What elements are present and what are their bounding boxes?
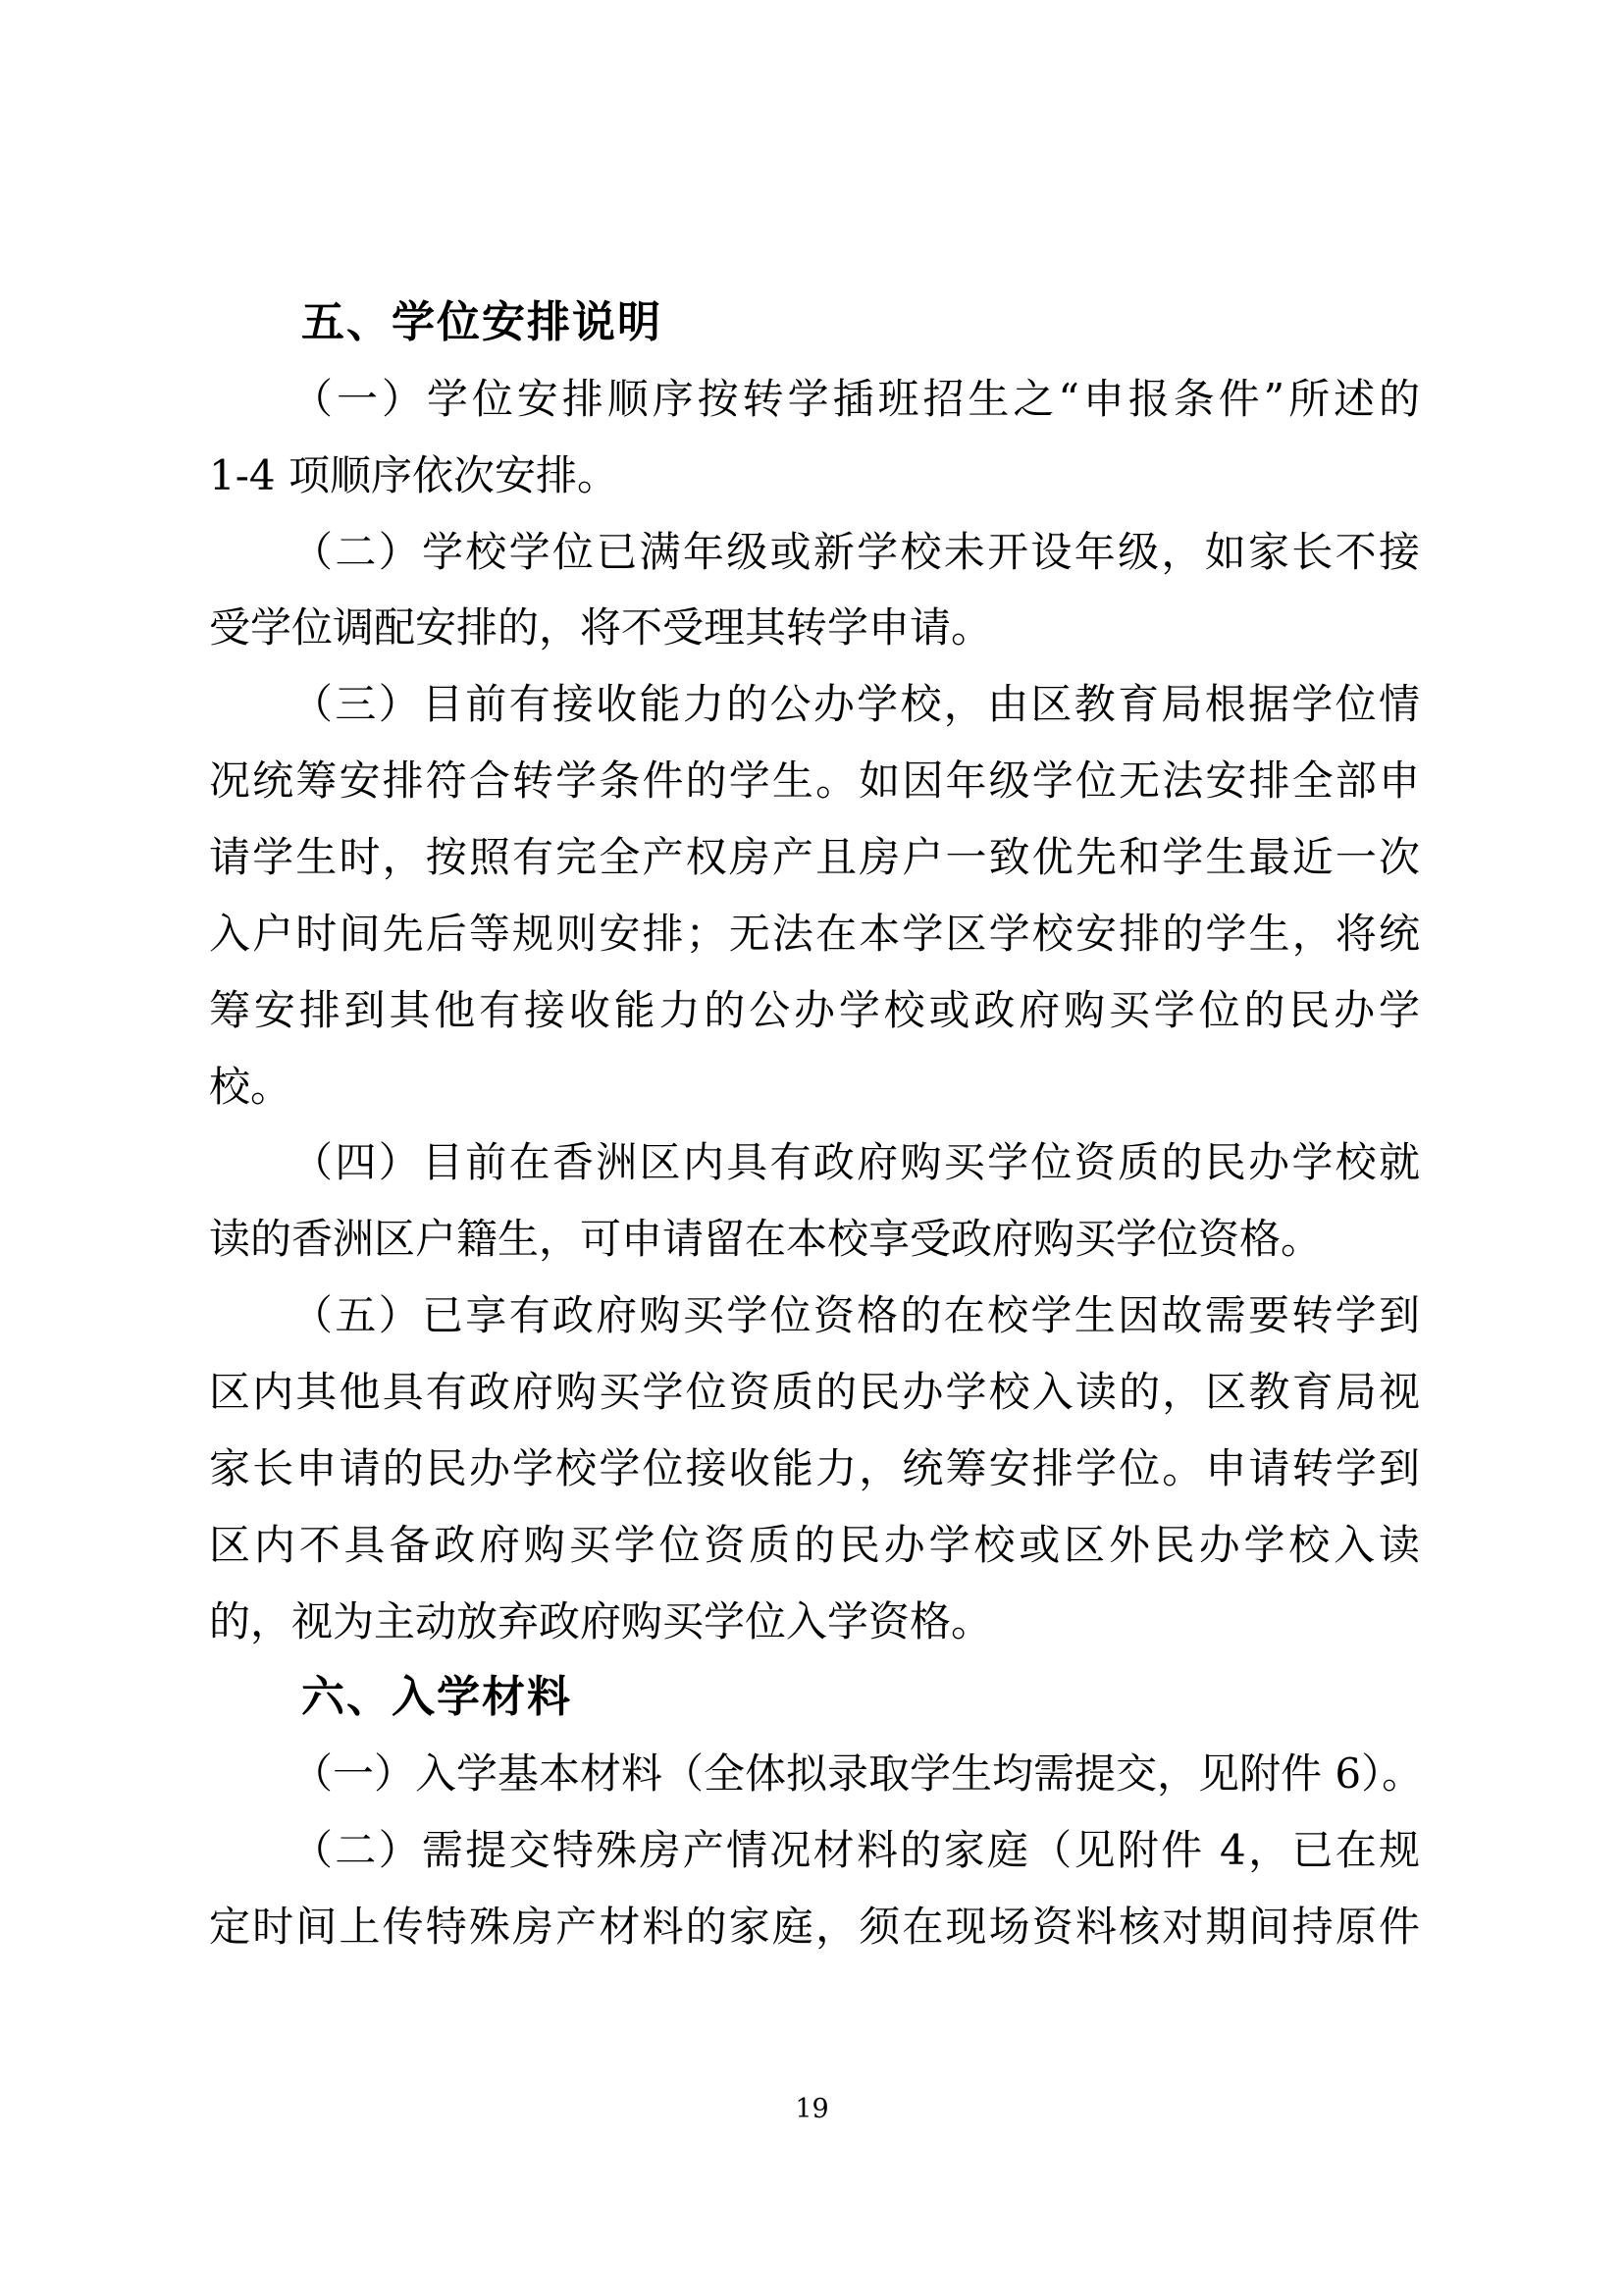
paragraph-line: 1-4 项顺序依次安排。 [209, 438, 1420, 514]
section-heading-5: 五、学位安排说明 [209, 285, 1420, 361]
paragraph-line: （二）需提交特殊房产情况材料的家庭（见附件 4，已在规 [209, 1812, 1420, 1889]
paragraph-line: （四）目前在香洲区内具有政府购买学位资质的民办学校就 [209, 1124, 1420, 1201]
paragraph-line: （二）学校学位已满年级或新学校未开设年级，如家长不接 [209, 514, 1420, 591]
paragraph-line: （一）入学基本材料（全体拟录取学生均需提交，见附件 6）。 [209, 1736, 1420, 1812]
document-page: 五、学位安排说明 （一）学位安排顺序按转学插班招生之“申报条件”所述的 1-4 … [0, 0, 1624, 2296]
document-body: 五、学位安排说明 （一）学位安排顺序按转学插班招生之“申报条件”所述的 1-4 … [209, 285, 1420, 1965]
section-heading-6: 六、入学材料 [209, 1659, 1420, 1736]
paragraph-line: 区内其他具有政府购买学位资质的民办学校入读的，区教育局视 [209, 1354, 1420, 1431]
paragraph-line: 筹安排到其他有接收能力的公办学校或政府购买学位的民办学 [209, 972, 1420, 1049]
paragraph-line: 读的香洲区户籍生，可申请留在本校享受政府购买学位资格。 [209, 1201, 1420, 1278]
paragraph-line: 受学位调配安排的，将不受理其转学申请。 [209, 590, 1420, 666]
paragraph-line: 定时间上传特殊房产材料的家庭，须在现场资料核对期间持原件 [209, 1889, 1420, 1965]
page-number: 19 [0, 2088, 1624, 2131]
paragraph-line: （一）学位安排顺序按转学插班招生之“申报条件”所述的 [209, 361, 1420, 438]
paragraph-line: 况统筹安排符合转学条件的学生。如因年级学位无法安排全部申 [209, 743, 1420, 819]
paragraph-line: 的，视为主动放弃政府购买学位入学资格。 [209, 1584, 1420, 1660]
paragraph-line: （五）已享有政府购买学位资格的在校学生因故需要转学到 [209, 1278, 1420, 1354]
paragraph-line: 家长申请的民办学校学位接收能力，统筹安排学位。申请转学到 [209, 1431, 1420, 1507]
paragraph-line: 请学生时，按照有完全产权房产且房户一致优先和学生最近一次 [209, 819, 1420, 896]
paragraph-line: 入户时间先后等规则安排；无法在本学区学校安排的学生，将统 [209, 896, 1420, 972]
paragraph-line: （三）目前有接收能力的公办学校，由区教育局根据学位情 [209, 666, 1420, 743]
paragraph-line: 校。 [209, 1049, 1420, 1125]
paragraph-line: 区内不具备政府购买学位资质的民办学校或区外民办学校入读 [209, 1507, 1420, 1584]
